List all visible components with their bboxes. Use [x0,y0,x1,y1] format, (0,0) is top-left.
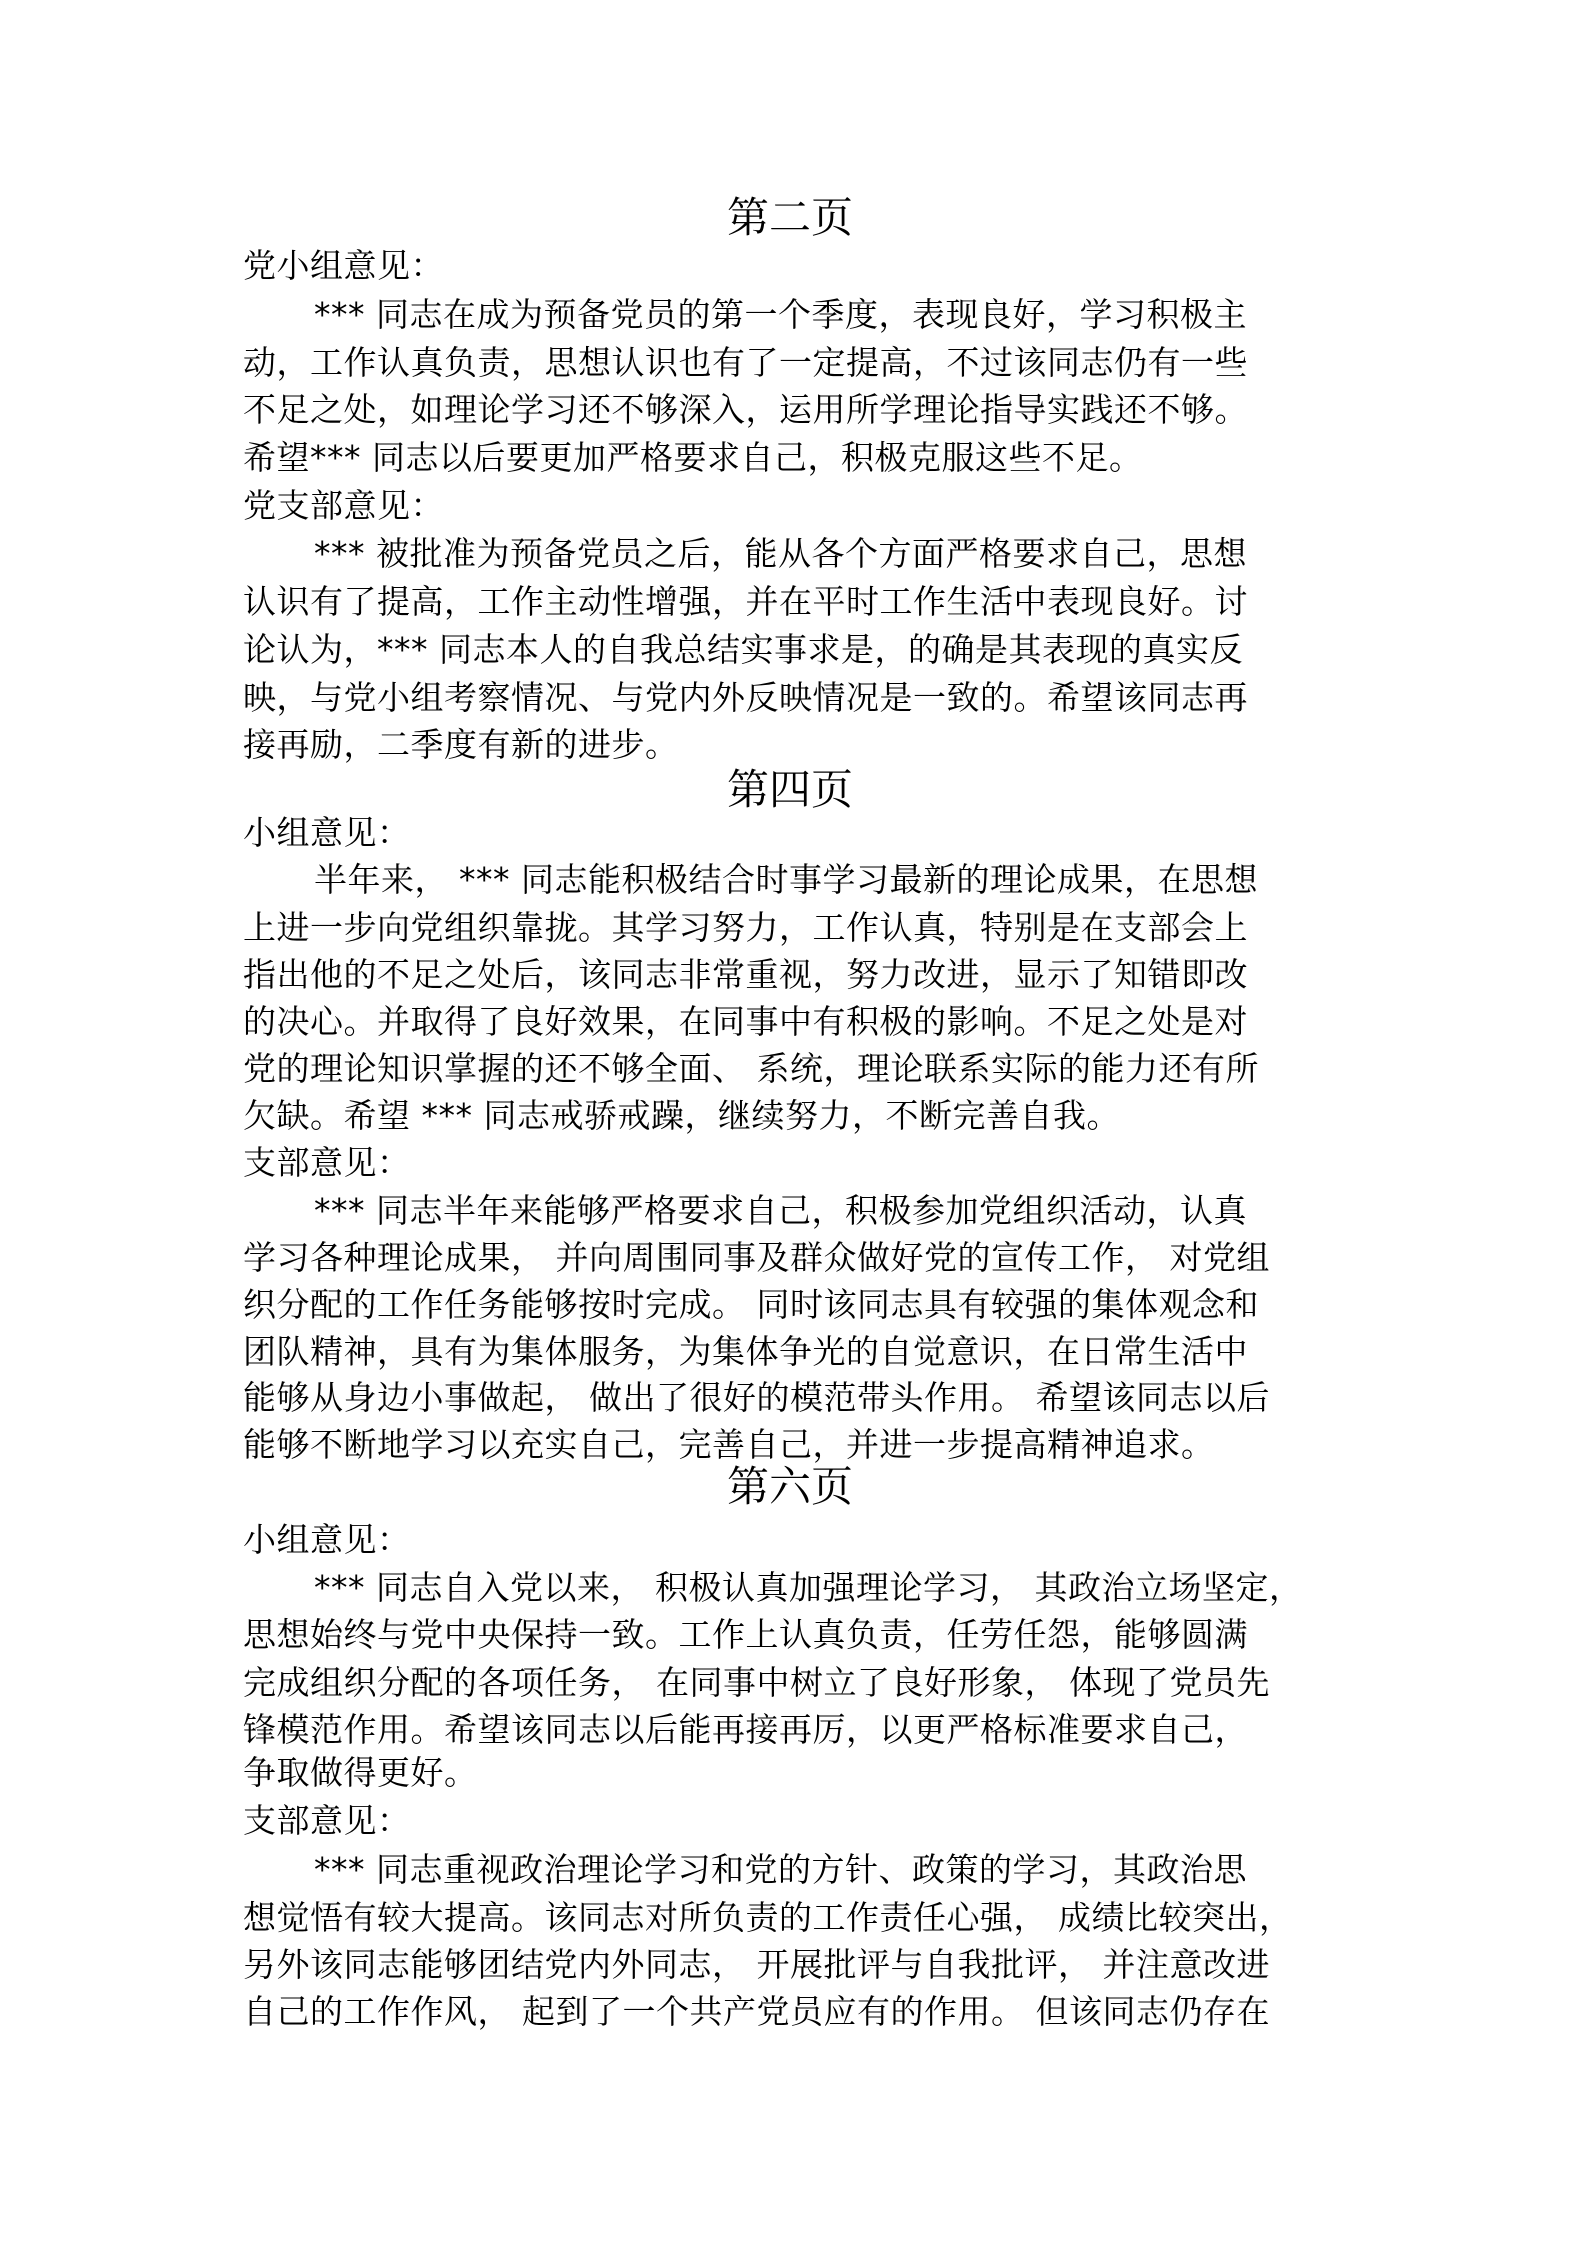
section-heading: 支部意见： [243,1801,411,1841]
section-heading: 党支部意见： [243,486,444,526]
paragraph-line: 能够从身边小事做起， 做出了很好的模范带头作用。 希望该同志以后 [243,1378,1270,1418]
paragraph-line: 想觉悟有较大提高。该同志对所负责的工作责任心强， 成绩比较突出， [243,1898,1293,1938]
paragraph-line: 映，与党小组考察情况、与党内外反映情况是一致的。希望该同志再 [243,678,1248,718]
paragraph-line: 能够不断地学习以充实自己，完善自己，并进一步提高精神追求。 [243,1425,1215,1465]
document-page: 第二页 党小组意见： *** 同志在成为预备党员的第一个季度，表现良好，学习积极… [0,0,1594,2255]
section-heading: 小组意见： [243,813,411,853]
paragraph-line: 欠缺。希望 *** 同志戒骄戒躁，继续努力，不断完善自我。 [243,1096,1120,1136]
paragraph-line: 希望*** 同志以后要更加严格要求自己，积极克服这些不足。 [243,438,1143,478]
paragraph-line: 学习各种理论成果， 并向周围同事及群众做好党的宣传工作， 对党组 [243,1238,1270,1278]
paragraph-line: 争取做得更好。 [243,1753,478,1793]
paragraph-line: 论认为，*** 同志本人的自我总结实事求是，的确是其表现的真实反 [243,630,1243,670]
section-title: 第四页 [0,766,1580,814]
paragraph-line: *** 被批准为预备党员之后，能从各个方面严格要求自己，思想 [314,534,1247,574]
section-title: 第六页 [0,1463,1580,1511]
section-heading: 小组意见： [243,1520,411,1560]
paragraph-line: 织分配的工作任务能够按时完成。 同时该同志具有较强的集体观念和 [243,1285,1259,1325]
section-heading: 支部意见： [243,1143,411,1183]
section-title: 第二页 [0,194,1580,242]
paragraph-line: 党的理论知识掌握的还不够全面、 系统，理论联系实际的能力还有所 [243,1049,1259,1089]
paragraph-line: 上进一步向党组织靠拢。其学习努力，工作认真，特别是在支部会上 [243,908,1248,948]
paragraph-line: 指出他的不足之处后，该同志非常重视，努力改进，显示了知错即改 [243,955,1248,995]
paragraph-line: *** 同志重视政治理论学习和党的方针、政策的学习，其政治思 [314,1850,1247,1890]
paragraph-line: 的决心。并取得了良好效果，在同事中有积极的影响。不足之处是对 [243,1002,1248,1042]
paragraph-line: 团队精神，具有为集体服务，为集体争光的自觉意识，在日常生活中 [243,1332,1248,1372]
paragraph-line: 自己的工作作风， 起到了一个共产党员应有的作用。 但该同志仍存在 [243,1992,1270,2032]
paragraph-line: 半年来， *** 同志能积极结合时事学习最新的理论成果，在思想 [314,860,1258,900]
paragraph-line: 动，工作认真负责，思想认识也有了一定提高，不过该同志仍有一些 [243,343,1248,383]
paragraph-line: 另外该同志能够团结党内外同志， 开展批评与自我批评， 并注意改进 [243,1945,1270,1985]
paragraph-line: 锋模范作用。希望该同志以后能再接再厉，以更严格标准要求自己， [243,1710,1248,1750]
paragraph-line: 接再励，二季度有新的进步。 [243,725,679,765]
paragraph-line: *** 同志在成为预备党员的第一个季度，表现良好，学习积极主 [314,295,1247,335]
paragraph-line: 思想始终与党中央保持一致。工作上认真负责，任劳任怨，能够圆满 [243,1615,1248,1655]
paragraph-line: *** 同志半年来能够严格要求自己，积极参加党组织活动，认真 [314,1191,1247,1231]
section-heading: 党小组意见： [243,246,444,286]
paragraph-line: *** 同志自入党以来， 积极认真加强理论学习， 其政治立场坚定， [314,1568,1302,1608]
paragraph-line: 认识有了提高，工作主动性增强，并在平时工作生活中表现良好。讨 [243,582,1248,622]
paragraph-line: 不足之处，如理论学习还不够深入，运用所学理论指导实践还不够。 [243,390,1248,430]
paragraph-line: 完成组织分配的各项任务， 在同事中树立了良好形象， 体现了党员先 [243,1663,1270,1703]
